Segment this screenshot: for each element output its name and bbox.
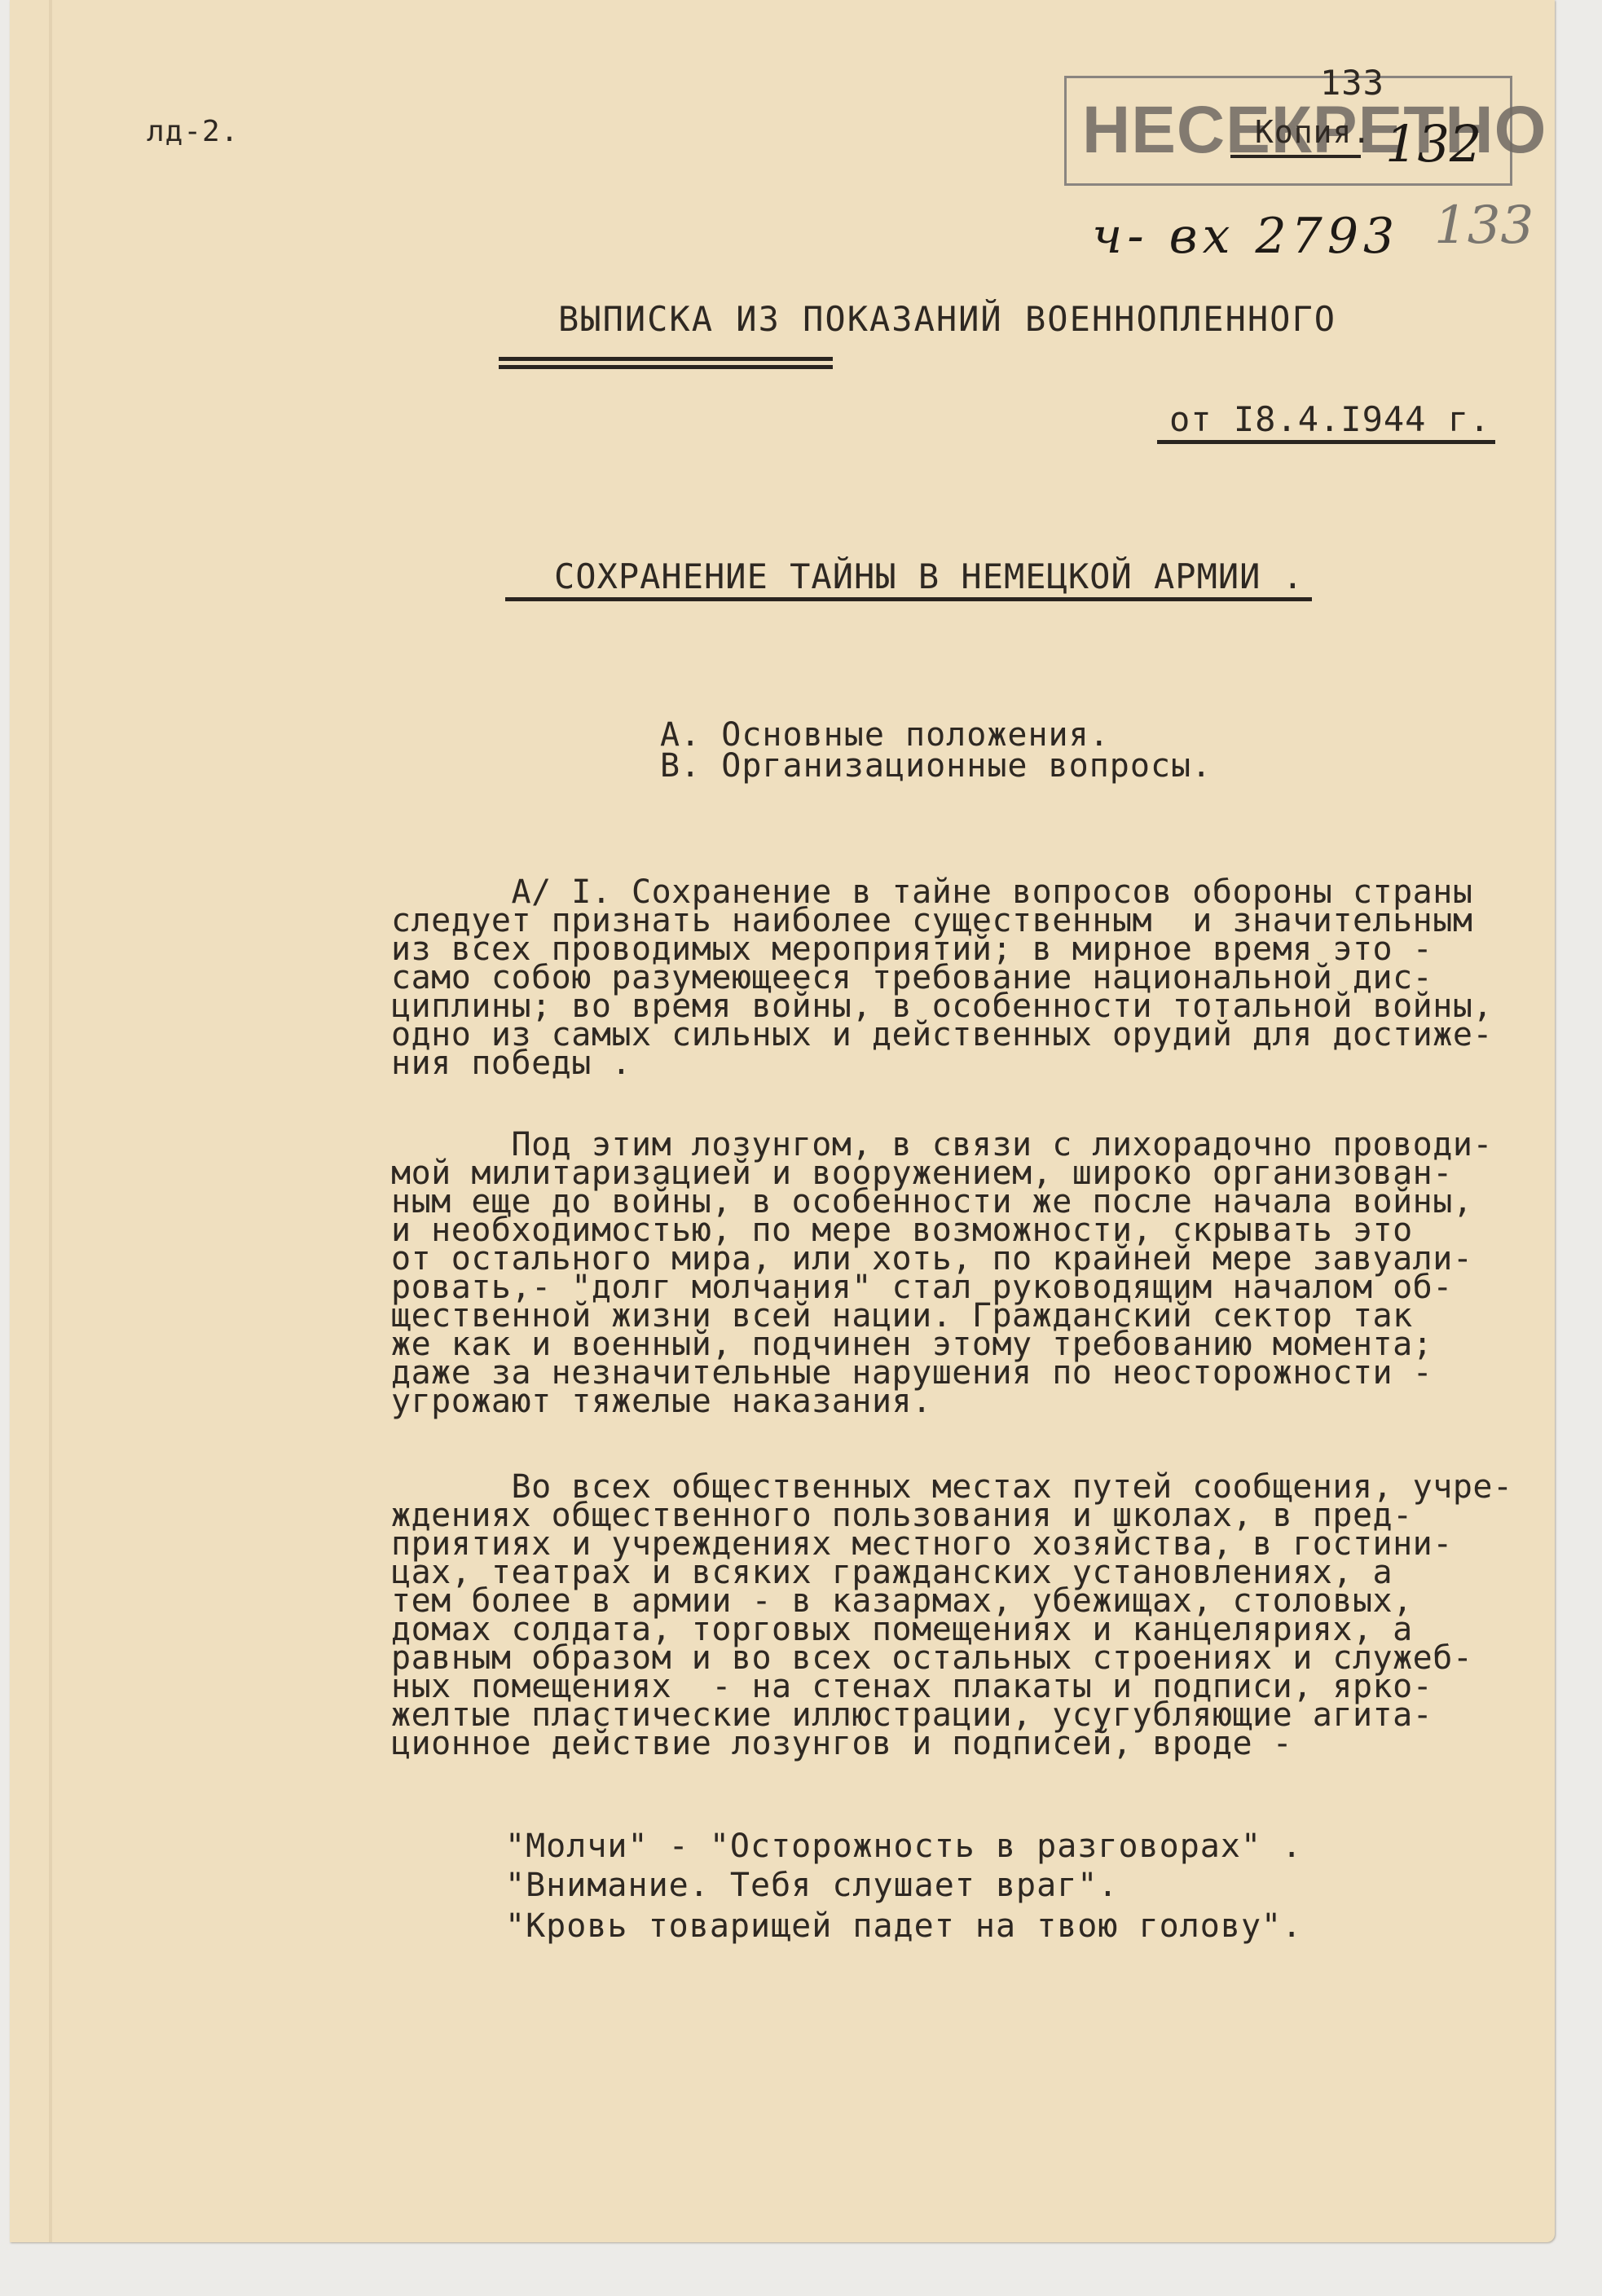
- section-title-underline: [505, 597, 1312, 601]
- copy-underline: [1230, 155, 1361, 158]
- slogan-quote: "Кровь товарищей падет на твою голову".: [505, 1908, 1302, 1944]
- handwritten-pencil-number: 133: [1434, 196, 1534, 256]
- document-code: лд-2.: [147, 114, 239, 150]
- paragraph-1-line: ния победы .: [391, 1049, 632, 1078]
- document-title: ВЫПИСКА ИЗ ПОКАЗАНИЙ ВОЕННОПЛЕННОГО: [558, 301, 1336, 337]
- toc-item-b: В. Организационные вопросы.: [660, 748, 1212, 784]
- document-date: от I8.4.I944 г.: [1169, 402, 1490, 438]
- copy-label: Копия.: [1255, 114, 1371, 150]
- slogan-quote: "Внимание. Тебя слушает враг".: [505, 1867, 1118, 1903]
- paragraph-2-line: угрожают тяжелые наказания.: [391, 1388, 932, 1416]
- title-underline-1: [499, 357, 833, 361]
- section-title: СОХРАНЕНИЕ ТАЙНЫ В НЕМЕЦКОЙ АРМИИ .: [554, 559, 1304, 595]
- date-underline: [1157, 440, 1495, 444]
- handwritten-copy-number: 132: [1385, 114, 1481, 174]
- paragraph-3-line: ционное действие лозунгов и подписей, вр…: [391, 1730, 1292, 1758]
- handwritten-incoming-number: ч- вх 2793: [1092, 208, 1399, 265]
- title-underline-2: [499, 365, 833, 369]
- slogan-quote: "Молчи" - "Осторожность в разговорах" .: [505, 1828, 1302, 1864]
- sheet-number: 133: [1320, 65, 1384, 101]
- paper-fold: [49, 0, 52, 2242]
